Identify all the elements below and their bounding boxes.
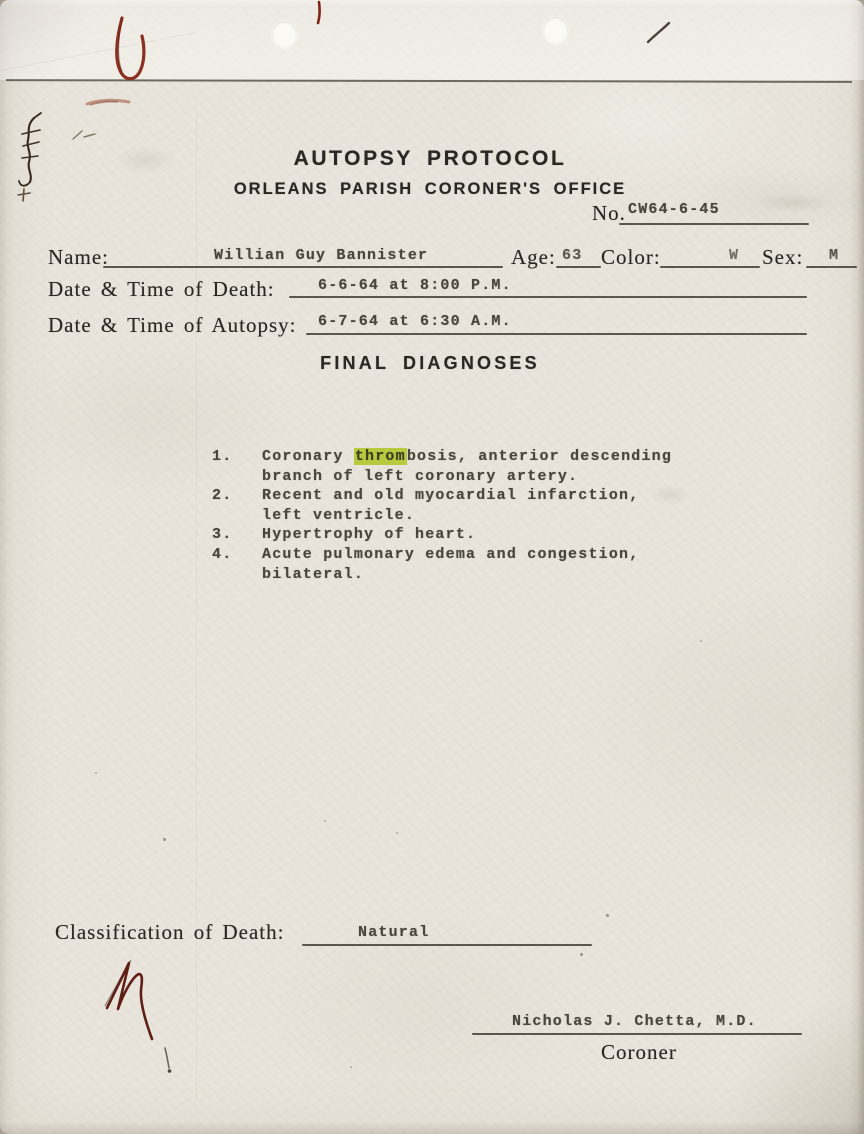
signature-underline (472, 1033, 802, 1035)
classification-label: Classification of Death: (55, 920, 284, 945)
age-label: Age: (511, 245, 556, 270)
sex-label: Sex: (762, 245, 803, 270)
diagnosis-line: Acute pulmonary edema and congestion, (262, 545, 732, 565)
sex-underline (806, 266, 857, 268)
paper-speck (580, 953, 583, 956)
scanned-autopsy-document: AUTOPSY PROTOCOL ORLEANS PARISH CORONER'… (0, 0, 864, 1134)
paper-speck (350, 1066, 352, 1068)
diagnosis-number: 2. (212, 486, 262, 525)
document-subtitle: ORLEANS PARISH CORONER'S OFFICE (0, 180, 860, 199)
diagnosis-line-pre: Coronary (262, 448, 354, 465)
diagnosis-line: Hypertrophy of heart. (262, 525, 732, 545)
autopsy-date-underline (306, 333, 807, 335)
final-diagnoses-heading: FINAL DIAGNOSES (0, 353, 860, 374)
diagnoses-list: 1. Coronary thrombosis, anterior descend… (212, 447, 732, 584)
hole-punch-left (272, 21, 297, 48)
pen-dash-icon (84, 95, 132, 109)
diagnosis-line: Coronary thrombosis, anterior descending (262, 447, 732, 467)
highlighted-text: throm (354, 448, 407, 465)
diagnosis-number: 4. (212, 545, 262, 584)
paper-speck (606, 914, 609, 917)
color-value: W (729, 247, 739, 264)
name-label: Name: (48, 245, 109, 270)
paper-speck (163, 838, 166, 841)
diagnosis-text: Hypertrophy of heart. (262, 525, 732, 545)
color-underline (660, 266, 760, 268)
age-value: 63 (562, 247, 582, 264)
sex-value: M (829, 247, 839, 264)
coroner-title: Coroner (601, 1040, 677, 1065)
diagnosis-text: Acute pulmonary edema and congestion, bi… (262, 545, 732, 584)
autopsy-date-value: 6-7-64 at 6:30 A.M. (318, 313, 512, 330)
death-date-value: 6-6-64 at 8:00 P.M. (318, 277, 512, 294)
paper-crease-vertical (196, 110, 197, 1100)
paper-speck (324, 820, 326, 822)
diagnosis-item-2: 2. Recent and old myocardial infarction,… (212, 486, 732, 525)
name-value: Willian Guy Bannister (214, 247, 428, 264)
case-number-value: CW64-6-45 (628, 201, 720, 218)
case-number-underline (619, 223, 809, 225)
paper-speck (95, 772, 97, 774)
paper-speck (700, 640, 702, 642)
classification-value: Natural (358, 924, 429, 941)
pen-u-mark-icon (110, 14, 156, 90)
diagnosis-item-3: 3. Hypertrophy of heart. (212, 525, 732, 545)
paper-speck (396, 832, 398, 834)
diagnosis-item-4: 4. Acute pulmonary edema and congestion,… (212, 545, 732, 584)
diagnosis-text: Coronary thrombosis, anterior descending… (262, 447, 732, 486)
pencil-mark-icon (70, 128, 98, 142)
diagnosis-line: left ventricle. (262, 506, 732, 526)
hole-punch-right (543, 17, 568, 44)
diagnosis-number: 3. (212, 525, 262, 545)
classification-underline (302, 944, 592, 946)
death-date-label: Date & Time of Death: (48, 277, 275, 302)
name-underline (103, 266, 503, 268)
pen-tick-icon (312, 0, 326, 26)
pen-flick-icon (644, 20, 672, 46)
color-label: Color: (601, 245, 661, 270)
diagnosis-line-post: bosis, anterior descending (407, 448, 672, 465)
diagnosis-line: Recent and old myocardial infarction, (262, 486, 732, 506)
autopsy-date-label: Date & Time of Autopsy: (48, 313, 297, 338)
document-title: AUTOPSY PROTOCOL (0, 147, 860, 171)
signature-scribble-icon (95, 950, 180, 1080)
age-underline (556, 266, 601, 268)
diagnosis-line: bilateral. (262, 565, 732, 585)
diagnosis-line: branch of left coronary artery. (262, 467, 732, 487)
diagnosis-number: 1. (212, 447, 262, 486)
death-date-underline (289, 296, 807, 298)
diagnosis-item-1: 1. Coronary thrombosis, anterior descend… (212, 447, 732, 486)
diagnosis-text: Recent and old myocardial infarction, le… (262, 486, 732, 525)
coroner-name: Nicholas J. Chetta, M.D. (512, 1013, 757, 1030)
